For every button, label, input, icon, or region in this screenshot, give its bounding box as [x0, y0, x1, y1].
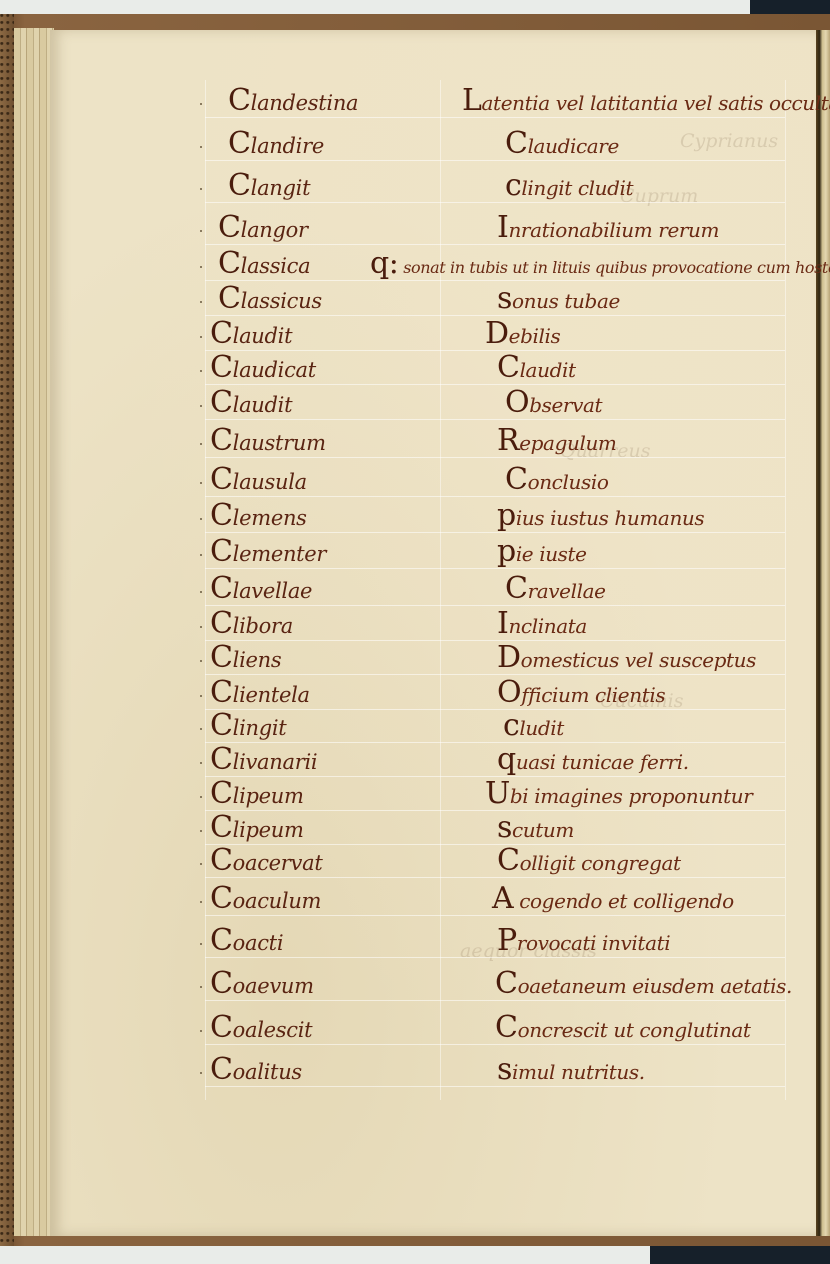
- pricking-mark: [200, 660, 202, 662]
- glossary-entry: Coaevum Coaetaneum eiusdem aetatis.: [0, 966, 830, 1000]
- ruling-line: [205, 877, 785, 878]
- background-dark-corner: [650, 1246, 830, 1264]
- glossary-entry: Cliens Domesticus vel susceptus: [0, 640, 830, 674]
- entry-gloss: Inclinata: [497, 606, 587, 641]
- pricking-mark: [200, 695, 202, 697]
- glossary-entry: Classicus sonus tubae: [0, 281, 830, 315]
- ruling-line: [205, 384, 785, 385]
- ruling-line: [205, 280, 785, 281]
- entry-gloss: pie iuste: [497, 534, 587, 569]
- entry-lemma: Clivanarii: [210, 742, 317, 777]
- entry-lemma: Clementer: [210, 534, 326, 569]
- pricking-mark: [200, 230, 202, 232]
- pricking-mark: [200, 591, 202, 593]
- glossary-entry: Clingit cludit: [0, 708, 830, 742]
- entry-gloss: scutum: [497, 810, 574, 845]
- entry-lemma: Coacti: [210, 923, 283, 958]
- entry-gloss: Officium clientis: [497, 675, 665, 710]
- pricking-mark: [200, 830, 202, 832]
- glossary-entry: Clipeum scutum: [0, 810, 830, 844]
- entry-lemma: Cliens: [210, 640, 281, 675]
- ruling-line: [205, 844, 785, 845]
- ruling-line: [205, 160, 785, 161]
- entry-gloss: sonus tubae: [497, 281, 620, 316]
- pricking-mark: [200, 1030, 202, 1032]
- entry-lemma: Coacervat: [210, 843, 322, 878]
- glossary-entry: Claustrum Repagulum: [0, 423, 830, 457]
- glossary-entry: Coalitus simul nutritus.: [0, 1052, 830, 1086]
- entry-gloss: Claudicare: [505, 126, 619, 161]
- ruling-line: [205, 202, 785, 203]
- pricking-mark: [200, 762, 202, 764]
- ruling-line: [205, 117, 785, 118]
- glossary-entry: Clandestina Latentia vel latitantia vel …: [0, 83, 830, 117]
- entry-gloss: Observat: [505, 385, 602, 420]
- entry-gloss: Claudit: [497, 350, 576, 385]
- entry-gloss: Ubi imagines proponuntur: [485, 776, 752, 811]
- ruling-line: [205, 532, 785, 533]
- ruling-line: [205, 568, 785, 569]
- pricking-mark: [200, 482, 202, 484]
- pricking-mark: [200, 901, 202, 903]
- entry-lemma: Clausula: [210, 462, 307, 497]
- ruling-line: [205, 1044, 785, 1045]
- entry-gloss: Debilis: [485, 316, 560, 351]
- entry-lemma: Coaculum: [210, 881, 321, 916]
- entry-lemma: Claudit: [210, 316, 292, 351]
- ruling-line: [205, 742, 785, 743]
- ruling-line: [205, 605, 785, 606]
- entry-lemma: Clangor: [218, 210, 308, 245]
- pricking-mark: [200, 301, 202, 303]
- ruling-line: [205, 1000, 785, 1001]
- glossary-entry: Classica q: sonat in tubis ut in lituis …: [0, 246, 830, 280]
- entry-lemma: Clipeum: [210, 810, 304, 845]
- glossary-entry: Clausula Conclusio: [0, 462, 830, 496]
- entry-lemma: Clangit: [228, 168, 310, 203]
- glossary-entry: Clibora Inclinata: [0, 606, 830, 640]
- pricking-mark: [200, 188, 202, 190]
- entry-lemma: Clipeum: [210, 776, 304, 811]
- pricking-mark: [200, 554, 202, 556]
- ruling-line: [205, 419, 785, 420]
- entry-gloss: quasi tunicae ferri.: [497, 742, 689, 777]
- entry-lemma: Claudit: [210, 385, 292, 420]
- glossary-entry: Clangit clingit cludit: [0, 168, 830, 202]
- entry-lemma: Clandestina: [228, 83, 358, 118]
- entry-gloss: clingit cludit: [505, 168, 633, 203]
- entry-gloss: Domesticus vel susceptus: [497, 640, 756, 675]
- entry-lemma: Claudicat: [210, 350, 316, 385]
- entry-gloss: Conclusio: [505, 462, 608, 497]
- pricking-mark: [200, 405, 202, 407]
- ruling-line: [205, 957, 785, 958]
- entry-gloss: Provocati invitati: [497, 923, 670, 958]
- entry-gloss: Coaetaneum eiusdem aetatis.: [495, 966, 792, 1001]
- ruling-line: [205, 776, 785, 777]
- ruling-line: [205, 674, 785, 675]
- pricking-mark: [200, 986, 202, 988]
- ruling-line: [205, 244, 785, 245]
- entry-gloss: Concrescit ut conglutinat: [495, 1010, 751, 1045]
- pricking-mark: [200, 518, 202, 520]
- pricking-mark: [200, 1072, 202, 1074]
- entry-lemma: Claustrum: [210, 423, 326, 458]
- entry-gloss: Inrationabilium rerum: [497, 210, 719, 245]
- glossary-entry: Coacti Provocati invitati: [0, 923, 830, 957]
- entry-lemma: Clavellae: [210, 571, 312, 606]
- glossary-entry: Clientela Officium clientis: [0, 675, 830, 709]
- entry-lemma: Coaevum: [210, 966, 314, 1001]
- entry-lemma: Classicus: [218, 281, 322, 316]
- entry-gloss: cludit: [503, 708, 564, 743]
- glossary-entry: Clivanarii quasi tunicae ferri.: [0, 742, 830, 776]
- pricking-mark: [200, 943, 202, 945]
- glossary-entry: Clangor Inrationabilium rerum: [0, 210, 830, 244]
- ruling-line: [205, 1086, 785, 1087]
- glossary-entry: Clavellae Cravellae: [0, 571, 830, 605]
- ruling-line: [205, 350, 785, 351]
- glossary-entry: Clemens pius iustus humanus: [0, 498, 830, 532]
- glossary-entry: Coaculum A cogendo et colligendo: [0, 881, 830, 915]
- glossary-entry: Clandire Claudicare: [0, 126, 830, 160]
- pricking-mark: [200, 728, 202, 730]
- ruling-line: [205, 496, 785, 497]
- entry-lemma: Clemens: [210, 498, 307, 533]
- pricking-mark: [200, 863, 202, 865]
- entry-lemma: Clandire: [228, 126, 324, 161]
- ruling-line: [205, 915, 785, 916]
- glossary-entry: Clementer pie iuste: [0, 534, 830, 568]
- entry-lemma: Clibora: [210, 606, 293, 641]
- entry-gloss: Cravellae: [505, 571, 606, 606]
- glossary-entry: Claudicat Claudit: [0, 350, 830, 384]
- entry-gloss: q: sonat in tubis ut in lituis quibus pr…: [370, 246, 830, 281]
- glossary-entry: Coalescit Concrescit ut conglutinat: [0, 1010, 830, 1044]
- background-dark-corner: [750, 0, 830, 14]
- entry-gloss: Colligit congregat: [497, 843, 681, 878]
- ruling-line: [205, 640, 785, 641]
- pricking-mark: [200, 336, 202, 338]
- entry-lemma: Clingit: [210, 708, 286, 743]
- entry-gloss: simul nutritus.: [497, 1052, 645, 1087]
- ruling-line: [205, 709, 785, 710]
- pricking-mark: [200, 443, 202, 445]
- pricking-mark: [200, 103, 202, 105]
- ruling-line: [205, 457, 785, 458]
- glossary-entry: Coacervat Colligit congregat: [0, 843, 830, 877]
- pricking-mark: [200, 146, 202, 148]
- glossary-entry: Claudit Debilis: [0, 316, 830, 350]
- entry-gloss: pius iustus humanus: [497, 498, 704, 533]
- entry-gloss: Repagulum: [497, 423, 617, 458]
- entry-lemma: Coalitus: [210, 1052, 302, 1087]
- glossary-entry: Claudit Observat: [0, 385, 830, 419]
- pricking-mark: [200, 796, 202, 798]
- glossary-entry: Clipeum Ubi imagines proponuntur: [0, 776, 830, 810]
- entry-lemma: Clientela: [210, 675, 310, 710]
- pricking-mark: [200, 626, 202, 628]
- ruling-line: [205, 810, 785, 811]
- entry-lemma: Coalescit: [210, 1010, 312, 1045]
- entry-lemma: Classica: [218, 246, 310, 281]
- pricking-mark: [200, 266, 202, 268]
- pricking-mark: [200, 370, 202, 372]
- ruling-line: [205, 315, 785, 316]
- entry-gloss: Latentia vel latitantia vel satis occult…: [462, 83, 830, 118]
- entry-gloss: A cogendo et colligendo: [492, 881, 734, 916]
